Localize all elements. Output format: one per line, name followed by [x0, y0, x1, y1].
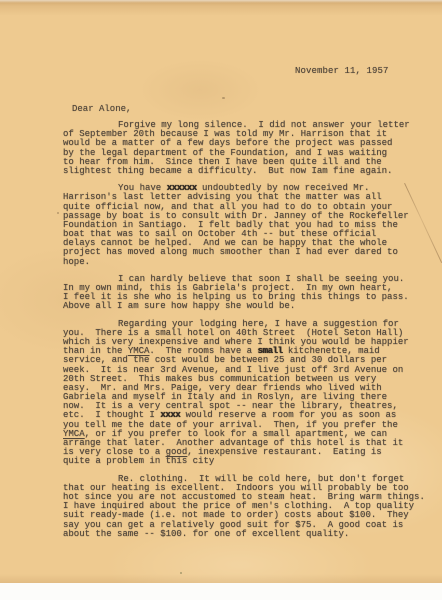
letter-line: slightest thing became a difficulty. But…: [63, 167, 438, 176]
scan-margin: [0, 583, 442, 600]
ink-speck: [57, 212, 59, 214]
letter-line: hope.: [63, 258, 438, 267]
ink-speck: [222, 97, 225, 99]
letter-paragraph: Re. clothing. It will be cold here, but …: [63, 475, 438, 539]
scanned-letter: November 11, 1957 Dear Alone, Forgive my…: [0, 0, 442, 600]
letter-paragraph: You have xxxxxx undoubtedly by now recei…: [63, 184, 438, 267]
letter-line: project has moved along much smoother th…: [63, 248, 438, 257]
letter-paragraph: Forgive my long silence. I did not answe…: [63, 121, 438, 176]
letter-line: Above all I am sure how happy she would …: [63, 302, 438, 311]
ink-speck: [180, 572, 182, 574]
letter-paper: November 11, 1957 Dear Alone, Forgive my…: [0, 0, 442, 583]
letter-line: quite a problem in this city: [63, 457, 438, 466]
letter-body: Forgive my long silence. I did not answe…: [63, 121, 438, 547]
letter-paragraph: Regarding your lodging here, I have a su…: [63, 320, 438, 467]
letter-line: about the same -- $100. for one of excel…: [63, 530, 438, 539]
letter-salutation: Dear Alone,: [72, 104, 131, 114]
letter-paragraph: I can hardly believe that soon I shall b…: [63, 275, 438, 312]
letter-date: November 11, 1957: [295, 66, 389, 76]
